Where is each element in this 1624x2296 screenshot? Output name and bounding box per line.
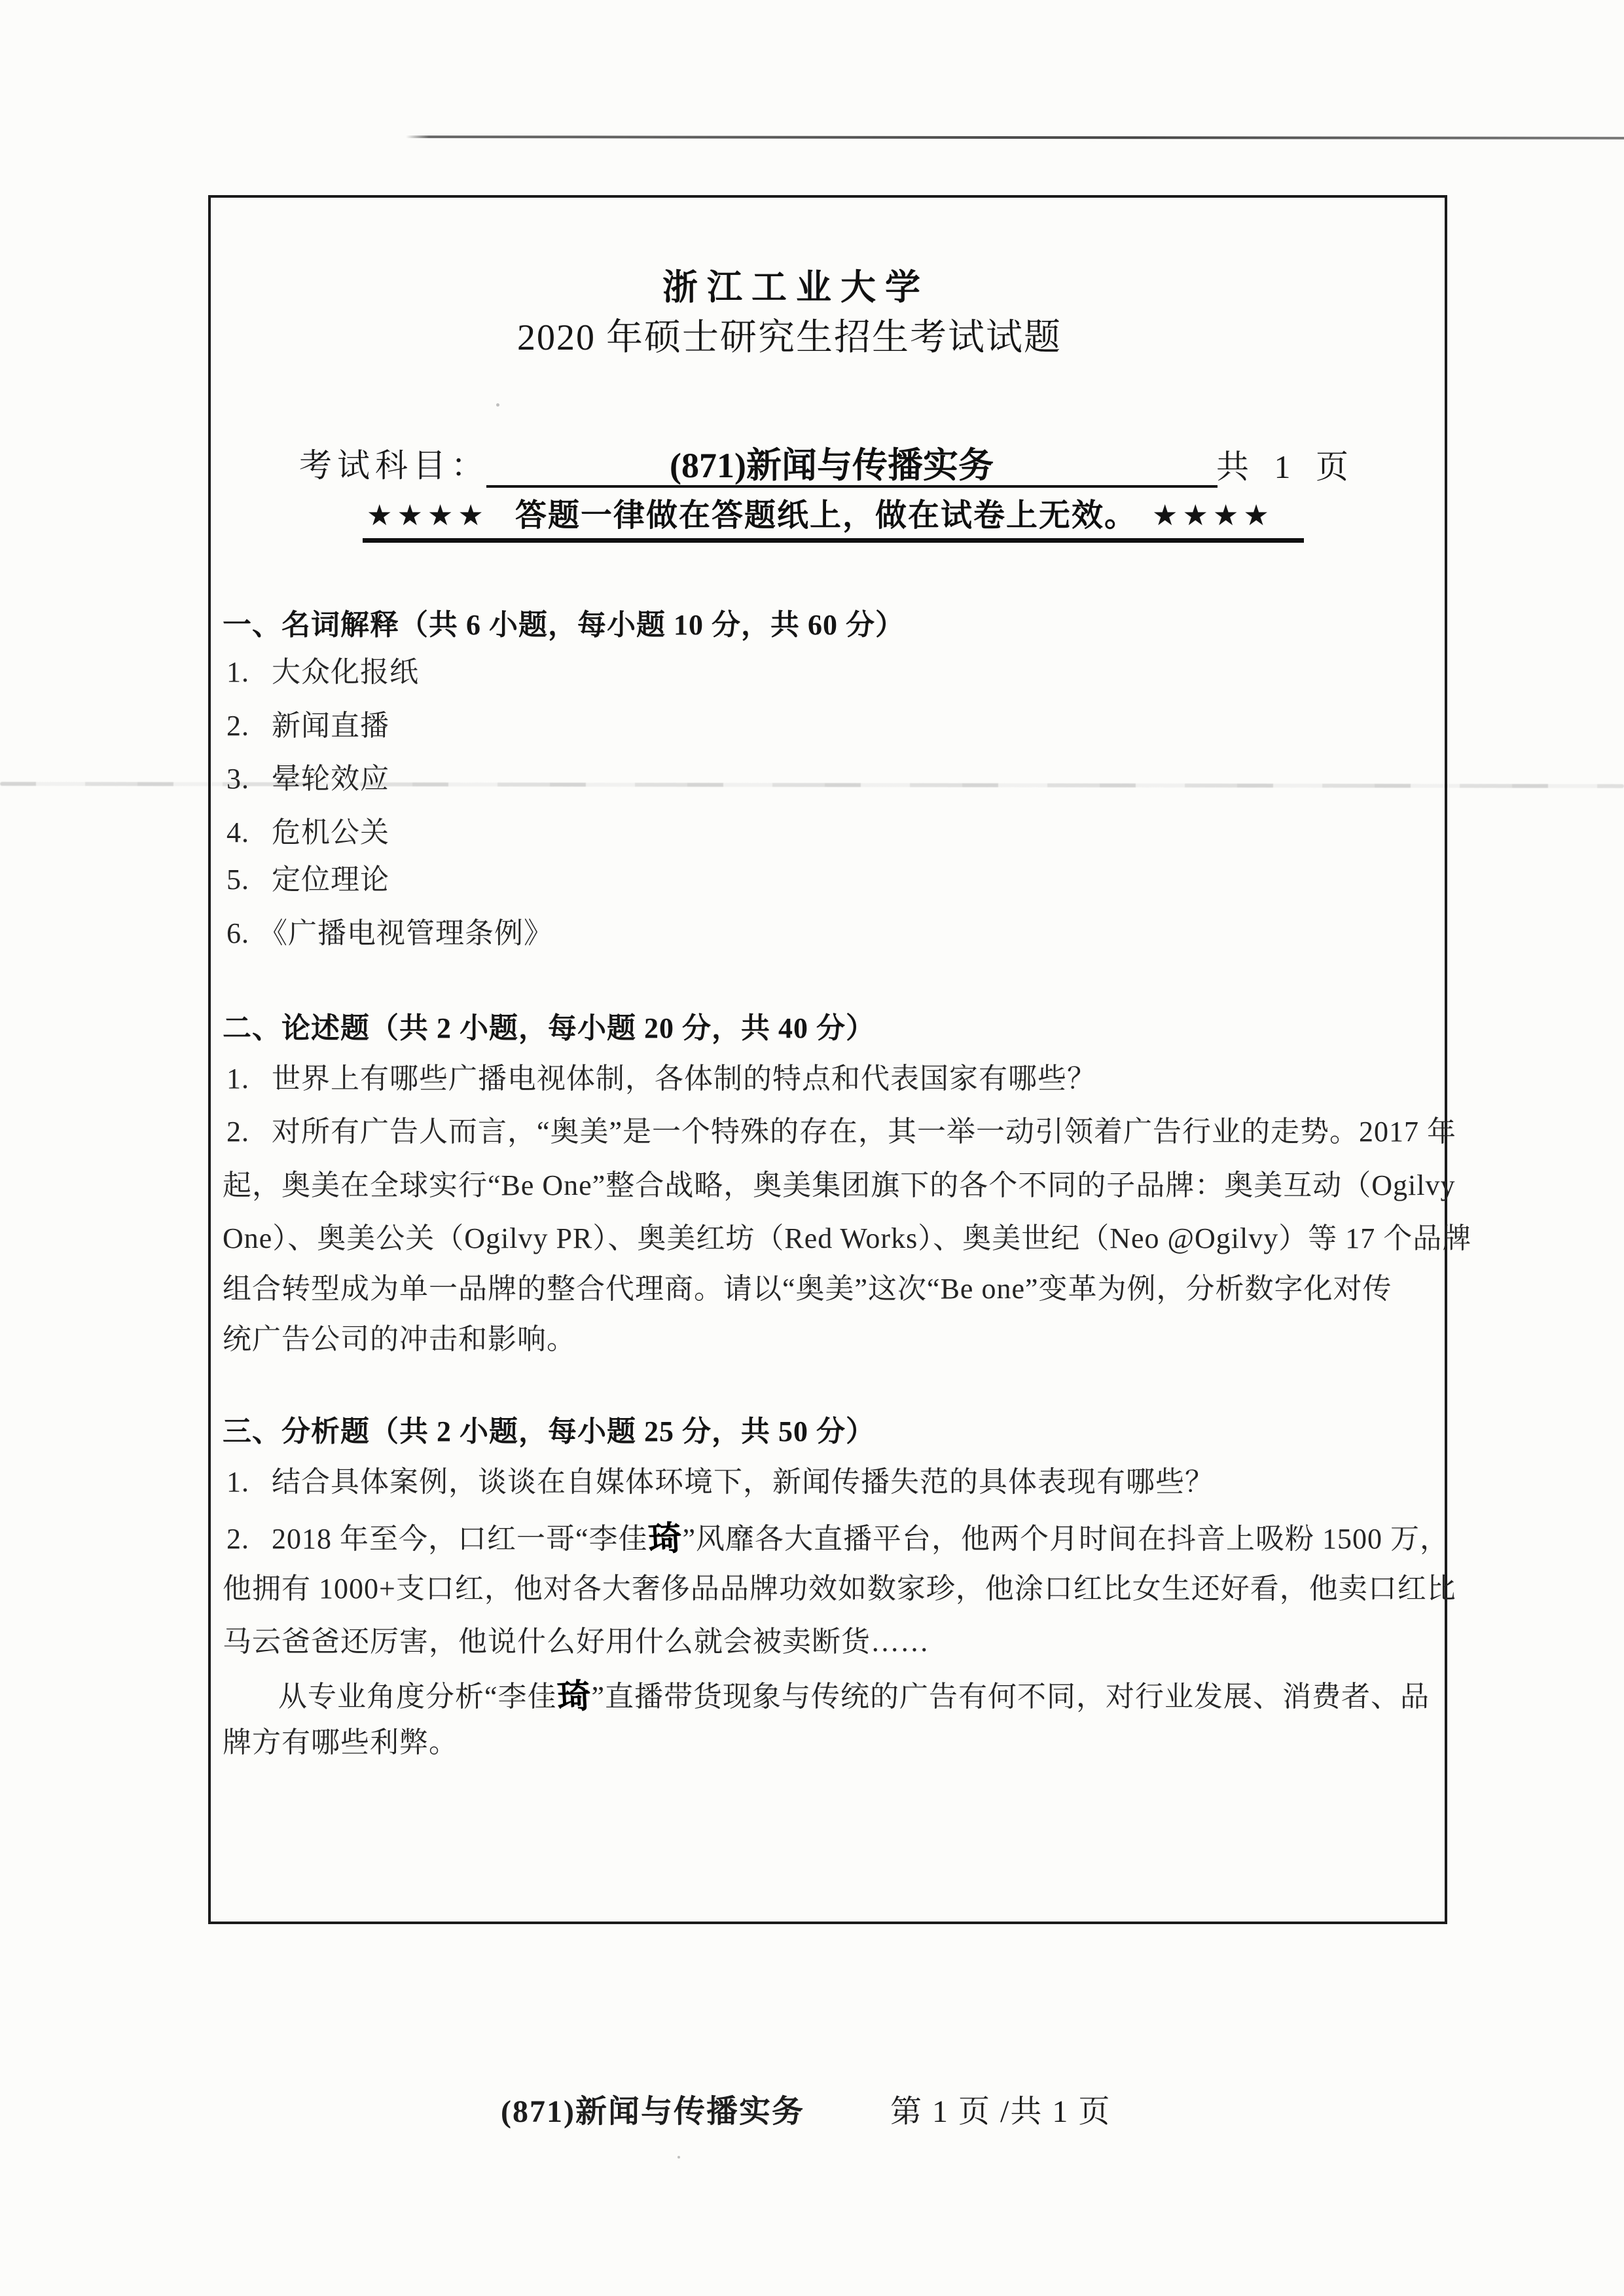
question-item: 1.大众化报纸 — [226, 658, 419, 687]
item-number: 1. — [226, 658, 249, 687]
paragraph-line: 马云爸爸还厉害，他说什么好用什么就会被卖断货…… — [223, 1628, 929, 1656]
item-text: 世界上有哪些广播电视体制，各体制的特点和代表国家有哪些？ — [272, 1063, 1096, 1095]
paragraph-line: 起，奥美在全球实行“Be One”整合战略，奥美集团旗下的各个不同的子品牌：奥美… — [223, 1171, 1455, 1200]
question-item: 6.《广播电视管理条例》 — [226, 919, 553, 948]
item-number: 3. — [226, 765, 249, 793]
stars-right-icon: ★★★★ — [1152, 501, 1274, 530]
handwritten-char: 琦 — [556, 1680, 592, 1716]
footer-subject: (871)新闻与传播实务 — [501, 2096, 804, 2128]
item-number: 2. — [226, 712, 249, 740]
item-text: 定位理论 — [272, 864, 389, 896]
item-number: 4. — [226, 818, 249, 847]
question-item: 2.新闻直播 — [226, 712, 389, 740]
footer-page-info: 第 1 页 /共 1 页 — [890, 2096, 1111, 2128]
question-item: 1.结合具体案例，谈谈在自媒体环境下，新闻传播失范的具体表现有哪些？ — [226, 1468, 1214, 1497]
question-item: 4.危机公关 — [226, 818, 389, 847]
paragraph-line: 组合转型成为单一品牌的整合代理商。请以“奥美”这次“Be one”变革为例，分析… — [223, 1275, 1392, 1303]
notice-banner: ★★★★ 答题一律做在答题纸上，做在试卷上无效。 ★★★★ — [363, 495, 1304, 543]
item-number: 1. — [226, 1468, 249, 1497]
question-item: 2.2018 年至今，口红一哥“李佳琦”风靡各大直播平台，他两个月时间在抖音上吸… — [226, 1521, 1449, 1555]
subject-label: 考试科目： — [299, 449, 489, 482]
exam-session-title: 2020 年硕士研究生招生考试试题 — [517, 319, 1062, 356]
section2-heading: 二、论述题（共 2 小题，每小题 20 分，共 40 分） — [223, 1014, 875, 1043]
scanned-exam-page: { "header": { "university": "浙江工业大学", "e… — [0, 0, 1624, 2296]
paragraph-line: 他拥有 1000+支口红，他对各大奢侈品品牌功效如数家珍，他涂口红比女生还好看，… — [223, 1575, 1456, 1603]
item-text: 2018 年至今，口红一哥“李佳 — [272, 1523, 648, 1555]
section3-heading: 三、分析题（共 2 小题，每小题 25 分，共 50 分） — [223, 1417, 875, 1446]
item-text: 对所有广告人而言，“奥美”是一个特殊的存在，其一举一动引领着广告行业的走势。20… — [272, 1116, 1456, 1148]
section1-heading: 一、名词解释（共 6 小题，每小题 10 分，共 60 分） — [223, 611, 905, 640]
question-item: 3.晕轮效应 — [226, 765, 389, 793]
paragraph-text: 从专业角度分析“李佳 — [278, 1681, 557, 1713]
notice-text: 答题一律做在答题纸上，做在试卷上无效。 — [515, 500, 1137, 532]
item-text: ”风靡各大直播平台，他两个月时间在抖音上吸粉 1500 万， — [682, 1523, 1449, 1555]
question-item: 2.对所有广告人而言，“奥美”是一个特殊的存在，其一举一动引领着广告行业的走势。… — [226, 1118, 1456, 1146]
item-text: 大众化报纸 — [272, 656, 419, 688]
handwritten-char: 琦 — [647, 1522, 683, 1558]
paragraph-line: One）、奥美公关（Ogilvy PR）、奥美红坊（Red Works）、奥美世… — [223, 1224, 1471, 1253]
item-number: 5. — [226, 866, 249, 894]
question-item: 1.世界上有哪些广播电视体制，各体制的特点和代表国家有哪些？ — [226, 1065, 1096, 1093]
paragraph-line: 统广告公司的冲击和影响。 — [223, 1325, 576, 1354]
item-number: 6. — [226, 919, 249, 948]
stars-left-icon: ★★★★ — [367, 501, 488, 530]
item-text: 危机公关 — [272, 816, 389, 848]
item-text: 《广播电视管理条例》 — [259, 917, 553, 949]
item-text: 晕轮效应 — [272, 763, 389, 795]
item-text: 结合具体案例，谈谈在自媒体环境下，新闻传播失范的具体表现有哪些？ — [272, 1466, 1214, 1498]
page-count-note: 共 1 页 — [1216, 450, 1352, 483]
university-title: 浙江工业大学 — [662, 270, 929, 305]
paragraph-line-indented: 从专业角度分析“李佳琦”直播带货现象与传统的广告有何不同，对行业发展、消费者、品 — [278, 1679, 1430, 1713]
subject-underline — [486, 485, 1218, 488]
item-text: 新闻直播 — [272, 710, 389, 742]
question-item: 5.定位理论 — [226, 866, 389, 894]
scan-edge-artifact — [406, 136, 1624, 139]
scan-speck — [677, 2156, 680, 2159]
subject-value: (871)新闻与传播实务 — [670, 448, 994, 483]
item-number: 2. — [226, 1118, 249, 1146]
paragraph-text: ”直播带货现象与传统的广告有何不同，对行业发展、消费者、品 — [591, 1681, 1430, 1713]
paragraph-line: 牌方有哪些利弊。 — [223, 1728, 458, 1757]
item-number: 1. — [226, 1065, 249, 1093]
item-number: 2. — [226, 1525, 249, 1554]
